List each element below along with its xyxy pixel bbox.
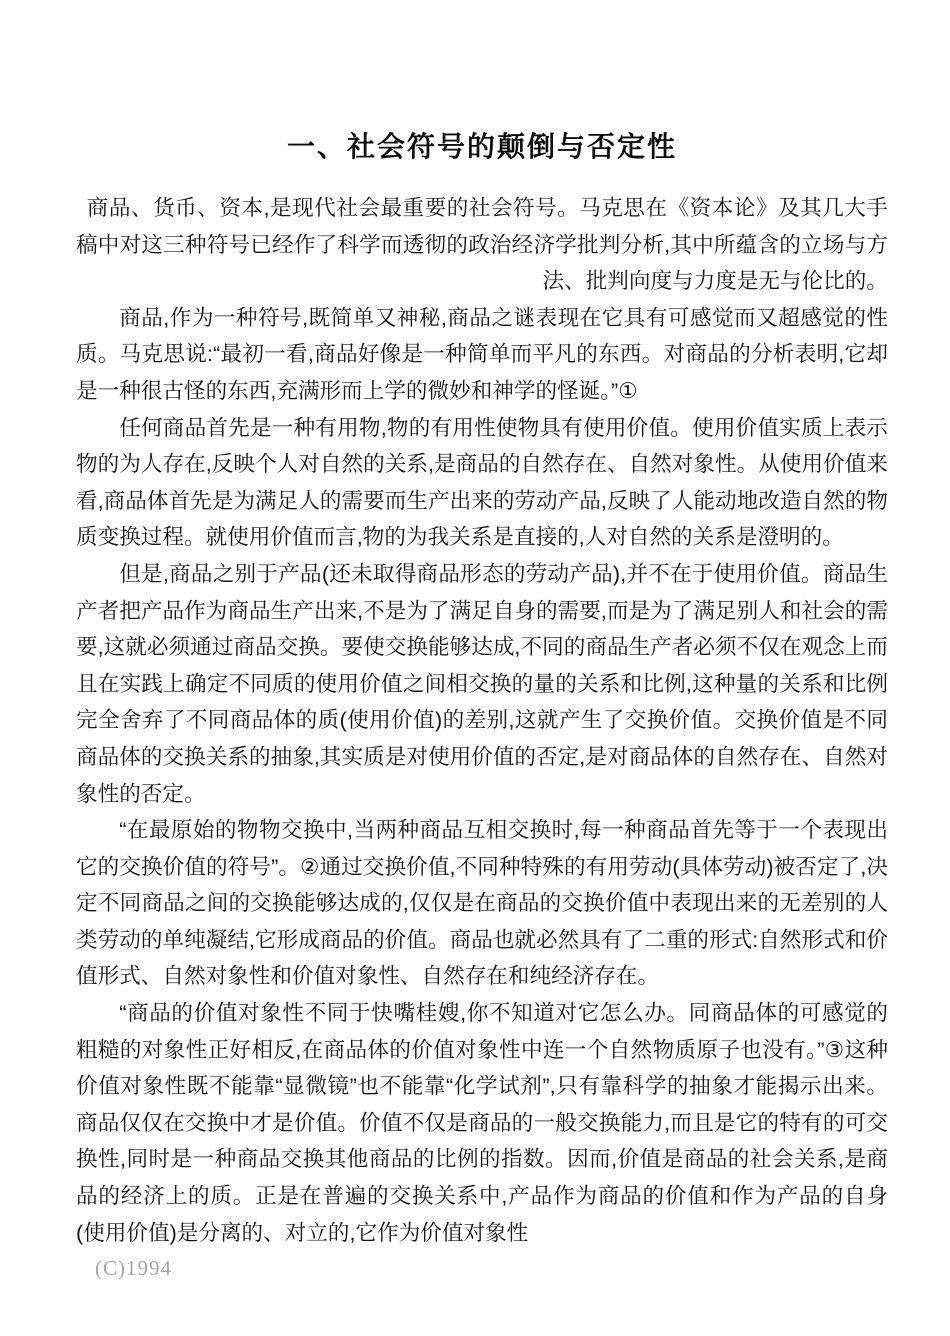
paragraph: 商品、货币、资本,是现代社会最重要的社会符号。马克思在《资本论》及其几大手稿中对… [76,190,888,300]
paragraph: “商品的价值对象性不同于快嘴桂嫂,你不知道对它怎么办。同商品体的可感觉的粗糙的对… [76,995,888,1251]
paragraph: 商品,作为一种符号,既简单又神秘,商品之谜表现在它具有可感觉而又超感觉的性质。马… [76,300,888,410]
paragraph: “在最原始的物物交换中,当两种商品互相交换时,每一种商品首先等于一个表现出它的交… [76,812,888,995]
page-title: 一、社会符号的颠倒与否定性 [76,130,888,163]
copyright-watermark: (C)1994 [95,1255,172,1281]
article-body: 商品、货币、资本,是现代社会最重要的社会符号。马克思在《资本论》及其几大手稿中对… [76,190,888,1251]
paragraph: 任何商品首先是一种有用物,物的有用性使物具有使用价值。使用价值实质上表示物的为人… [76,410,888,556]
document-page: 一、社会符号的颠倒与否定性 商品、货币、资本,是现代社会最重要的社会符号。马克思… [0,0,950,1336]
paragraph: 但是,商品之别于产品(还未取得商品形态的劳动产品),并不在于使用价值。商品生产者… [76,556,888,812]
